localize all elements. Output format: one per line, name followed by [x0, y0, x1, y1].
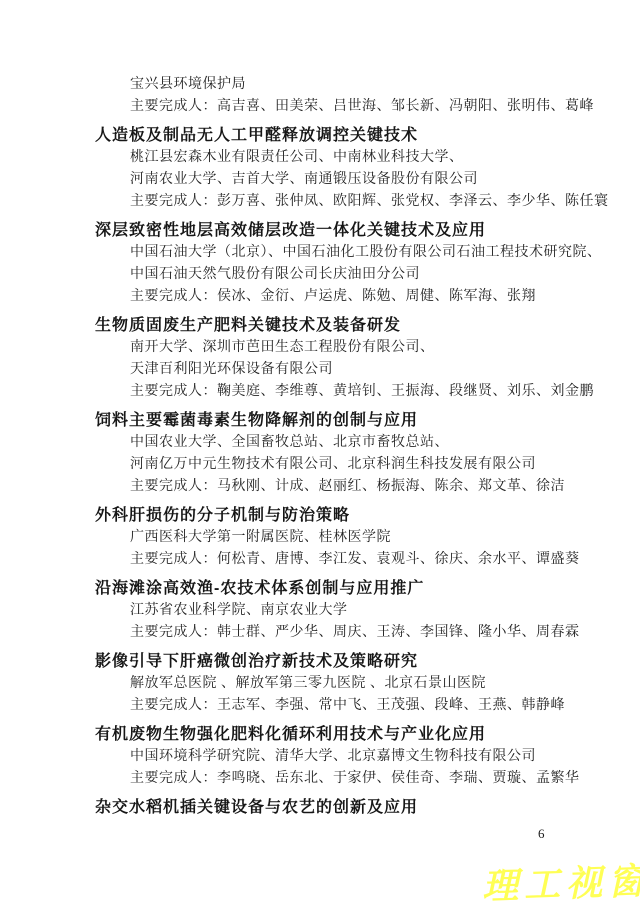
award-entry: 宝兴县环境保护局主要完成人：高吉喜、田美荣、吕世海、邹长新、冯朝阳、张明伟、葛峰: [0, 74, 640, 118]
award-title: 生物质固废生产肥料关键技术及装备研发: [95, 315, 640, 337]
institution-line: 江苏省农业科学院、南京农业大学: [130, 600, 640, 622]
contributors-line: 主要完成人：韩士群、严少华、周庆、王涛、李国锋、隆小华、周春霖: [130, 622, 640, 644]
institution-line: 解放军总医院 、解放军第三零九医院 、北京石景山医院: [130, 673, 640, 695]
institution-line: 广西医科大学第一附属医院、桂林医学院: [130, 527, 640, 549]
contributors-line: 主要完成人：侯冰、金衍、卢运虎、陈勉、周健、陈军海、张翔: [130, 286, 640, 308]
institution-line: 中国石油大学（北京）、中国石油化工股份有限公司石油工程技术研究院、: [130, 242, 640, 264]
watermark-text: 理工视窗: [481, 853, 640, 905]
contributors-line: 主要完成人：王志军、李强、常中飞、王茂强、段峰、王燕、韩静峰: [130, 695, 640, 717]
institution-line: 桃江县宏森木业有限责任公司、中南林业科技大学、: [130, 147, 640, 169]
document-page: 宝兴县环境保护局主要完成人：高吉喜、田美荣、吕世海、邹长新、冯朝阳、张明伟、葛峰…: [0, 0, 640, 905]
contributors-line: 主要完成人：鞠美庭、李维尊、黄培钊、王振海、段继贤、刘乐、刘金鹏: [130, 381, 640, 403]
award-title: 外科肝损伤的分子机制与防治策略: [95, 505, 640, 527]
page-number: 6: [538, 826, 545, 842]
institution-line: 天津百利阳光环保设备有限公司: [130, 359, 640, 381]
award-entry: 影像引导下肝癌微创治疗新技术及策略研究解放军总医院 、解放军第三零九医院 、北京…: [0, 651, 640, 717]
contributors-line: 主要完成人：高吉喜、田美荣、吕世海、邹长新、冯朝阳、张明伟、葛峰: [130, 96, 640, 118]
award-title: 有机废物生物强化肥料化循环利用技术与产业化应用: [95, 724, 640, 746]
institution-line: 宝兴县环境保护局: [130, 74, 640, 96]
award-entry: 有机废物生物强化肥料化循环利用技术与产业化应用中国环境科学研究院、清华大学、北京…: [0, 724, 640, 790]
institution-line: 中国农业大学、全国畜牧总站、北京市畜牧总站、: [130, 432, 640, 454]
contributors-line: 主要完成人：彭万喜、张仲凤、欧阳辉、张党权、李泽云、李少华、陈任寰: [130, 191, 640, 213]
award-title: 饲料主要霉菌毒素生物降解剂的创制与应用: [95, 410, 640, 432]
award-title: 沿海滩涂高效渔-农技术体系创制与应用推广: [95, 578, 640, 600]
award-entry: 外科肝损伤的分子机制与防治策略广西医科大学第一附属医院、桂林医学院主要完成人：何…: [0, 505, 640, 571]
award-entry: 沿海滩涂高效渔-农技术体系创制与应用推广江苏省农业科学院、南京农业大学主要完成人…: [0, 578, 640, 644]
contributors-line: 主要完成人：何松青、唐博、李江发、袁观斗、徐庆、余水平、谭盛葵: [130, 549, 640, 571]
contributors-line: 主要完成人：马秋刚、计成、赵丽红、杨振海、陈余、郑文革、徐洁: [130, 476, 640, 498]
institution-line: 河南亿万中元生物技术有限公司、北京科润生科技发展有限公司: [130, 454, 640, 476]
award-entry: 饲料主要霉菌毒素生物降解剂的创制与应用中国农业大学、全国畜牧总站、北京市畜牧总站…: [0, 410, 640, 498]
award-entry: 杂交水稻机插关键设备与农艺的创新及应用: [0, 797, 640, 819]
award-title: 影像引导下肝癌微创治疗新技术及策略研究: [95, 651, 640, 673]
institution-line: 中国石油天然气股份有限公司长庆油田分公司: [130, 264, 640, 286]
contributors-line: 主要完成人：李鸣晓、岳东北、于家伊、侯佳奇、李瑞、贾璇、孟繁华: [130, 768, 640, 790]
institution-line: 南开大学、深圳市芭田生态工程股份有限公司、: [130, 337, 640, 359]
institution-line: 中国环境科学研究院、清华大学、北京嘉博文生物科技有限公司: [130, 746, 640, 768]
award-entry: 深层致密性地层高效储层改造一体化关键技术及应用中国石油大学（北京）、中国石油化工…: [0, 220, 640, 308]
award-entry: 人造板及制品无人工甲醛释放调控关键技术桃江县宏森木业有限责任公司、中南林业科技大…: [0, 125, 640, 213]
award-entry: 生物质固废生产肥料关键技术及装备研发南开大学、深圳市芭田生态工程股份有限公司、天…: [0, 315, 640, 403]
award-title: 杂交水稻机插关键设备与农艺的创新及应用: [95, 797, 640, 819]
award-title: 深层致密性地层高效储层改造一体化关键技术及应用: [95, 220, 640, 242]
award-title: 人造板及制品无人工甲醛释放调控关键技术: [95, 125, 640, 147]
entries: 宝兴县环境保护局主要完成人：高吉喜、田美荣、吕世海、邹长新、冯朝阳、张明伟、葛峰…: [0, 74, 640, 826]
institution-line: 河南农业大学、吉首大学、南通锻压设备股份有限公司: [130, 169, 640, 191]
